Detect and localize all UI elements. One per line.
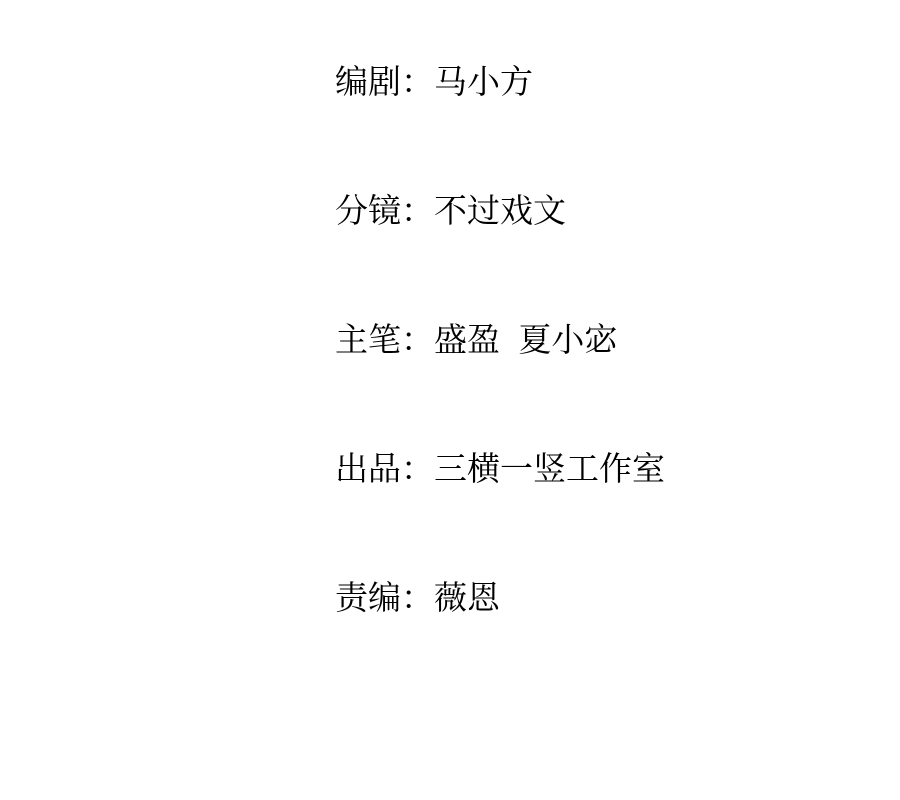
credit-line-editor: 责编：薇恩 [335,576,665,619]
credit-line-storyboard: 分镜：不过戏文 [335,189,665,232]
credit-line-production: 出品：三横一竖工作室 [335,447,665,490]
comic-credits-page: 编剧：马小方 分镜：不过戏文 主笔：盛盈 夏小宓 出品：三横一竖工作室 责编：薇… [0,0,900,800]
credit-line-screenwriter: 编剧：马小方 [335,60,665,103]
credit-line-lead-artist: 主笔：盛盈 夏小宓 [335,318,665,361]
credits-block: 编剧：马小方 分镜：不过戏文 主笔：盛盈 夏小宓 出品：三横一竖工作室 责编：薇… [335,0,665,705]
